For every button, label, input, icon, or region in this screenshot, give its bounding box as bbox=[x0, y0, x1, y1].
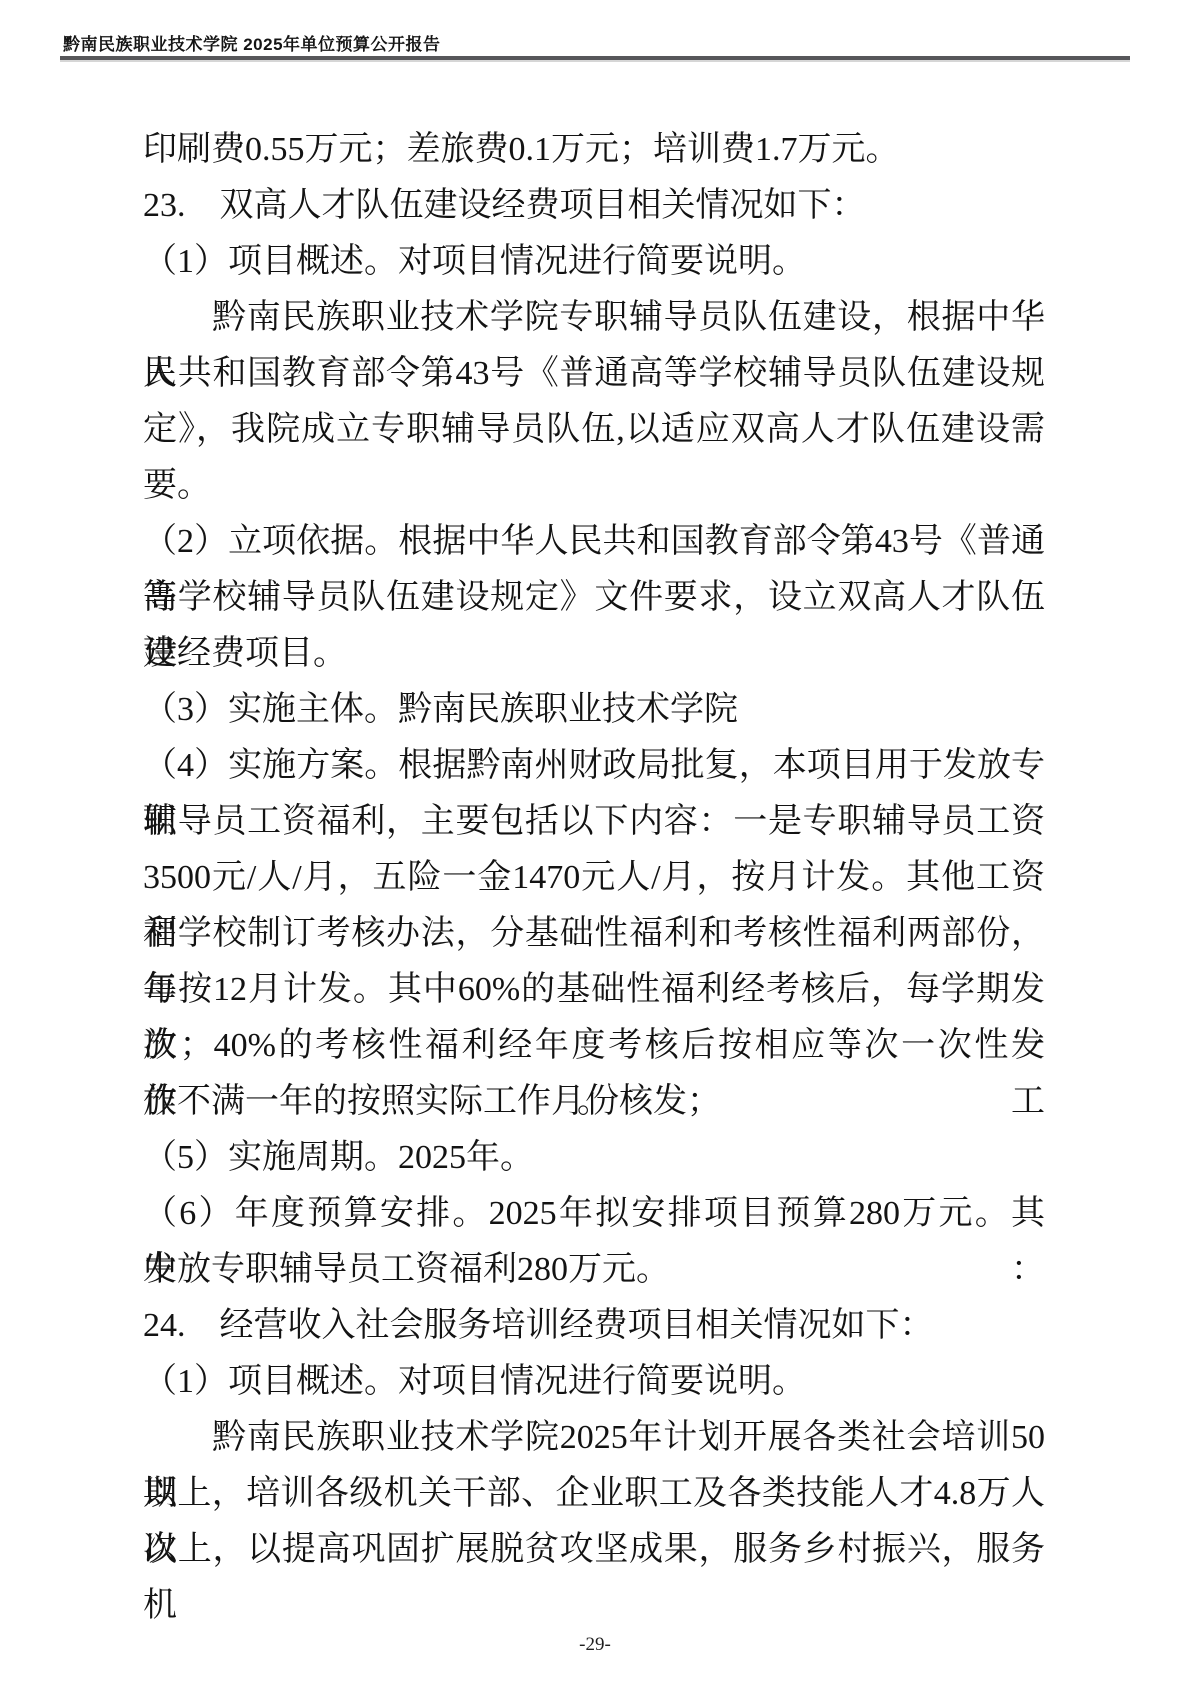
header-rule bbox=[60, 56, 1130, 62]
page-number: -29- bbox=[579, 1634, 611, 1655]
body-line: 定》，我院成立专职辅导员队伍,以适应双高人才队伍建设需 bbox=[143, 402, 1045, 458]
body-line: 24. 经营收入社会服务培训经费项目相关情况如下： bbox=[143, 1298, 1045, 1354]
page-footer: -29- bbox=[0, 1634, 1190, 1656]
body-line: 辅导员工资福利，主要包括以下内容：一是专职辅导员工资 bbox=[143, 794, 1045, 850]
body-line: 民共和国教育部令第43号《普通高等学校辅导员队伍建设规 bbox=[143, 346, 1045, 402]
body-line: 利学校制订考核办法，分基础性福利和考核性福利两部份，每 bbox=[143, 906, 1045, 962]
body-line: 等学校辅导员队伍建设规定》文件要求，设立双高人才队伍建 bbox=[143, 570, 1045, 626]
body-line: （1）项目概述。对项目情况进行简要说明。 bbox=[143, 234, 1045, 290]
header-title: 黔南民族职业技术学院 2025年单位预算公开报告 bbox=[63, 30, 441, 55]
body-line: （4）实施方案。根据黔南州财政局批复，本项目用于发放专职 bbox=[143, 738, 1045, 794]
body-line: （2）立项依据。根据中华人民共和国教育部令第43号《普通高 bbox=[143, 514, 1045, 570]
body-line: （3）实施主体。黔南民族职业技术学院 bbox=[143, 682, 1045, 738]
header-rule-light bbox=[60, 60, 1130, 62]
body-text: 印刷费0.55万元；差旅费0.1万元；培训费1.7万元。23. 双高人才队伍建设… bbox=[143, 122, 1045, 1578]
body-line: 黔南民族职业技术学院2025年计划开展各类社会培训50期 bbox=[143, 1410, 1045, 1466]
body-line: 以上，以提高巩固扩展脱贫攻坚成果，服务乡村振兴，服务机 bbox=[143, 1522, 1045, 1578]
body-line: （6）年度预算安排。2025年拟安排项目预算280万元。其中： bbox=[143, 1186, 1045, 1242]
body-line: 次；40%的考核性福利经年度考核后按相应等次一次性发放。工 bbox=[143, 1018, 1045, 1074]
body-line: 年按12月计发。其中60%的基础性福利经考核后，每学期发放一 bbox=[143, 962, 1045, 1018]
body-line: （1）项目概述。对项目情况进行简要说明。 bbox=[143, 1354, 1045, 1410]
body-line: 23. 双高人才队伍建设经费项目相关情况如下： bbox=[143, 178, 1045, 234]
body-line: 要。 bbox=[143, 458, 1045, 514]
body-line: 3500元/人/月，五险一金1470元人/月，按月计发。其他工资福 bbox=[143, 850, 1045, 906]
body-line: 设经费项目。 bbox=[143, 626, 1045, 682]
body-line: 以上，培训各级机关干部、企业职工及各类技能人才4.8万人次 bbox=[143, 1466, 1045, 1522]
body-line: （5）实施周期。2025年。 bbox=[143, 1130, 1045, 1186]
document-page: 黔南民族职业技术学院 2025年单位预算公开报告 印刷费0.55万元；差旅费0.… bbox=[0, 0, 1190, 1684]
body-line: 黔南民族职业技术学院专职辅导员队伍建设，根据中华人 bbox=[143, 290, 1045, 346]
body-line: 印刷费0.55万元；差旅费0.1万元；培训费1.7万元。 bbox=[143, 122, 1045, 178]
